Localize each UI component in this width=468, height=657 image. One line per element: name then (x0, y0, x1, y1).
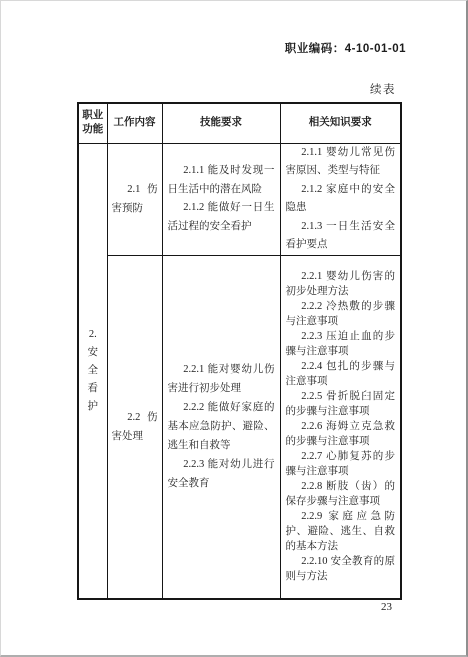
knowledge-item: 2.1.2 家庭中的安全隐患 (286, 181, 396, 218)
occupational-standard-table: 职业 功能 工作内容 技能要求 相关知识要求 2. 安 全 看 护 2.1 伤害… (77, 102, 402, 600)
knowledge-item: 2.2.4 包扎的步骤与注意事项 (286, 359, 396, 389)
cell-work-injury-treatment: 2.2 伤害处理 (107, 255, 162, 599)
cell-work-injury-prevention: 2.1 伤害预防 (107, 143, 162, 255)
header-occupational-function: 职业 功能 (78, 103, 107, 143)
occupation-code: 职业编码：4-10-01-01 (285, 40, 406, 56)
knowledge-item: 2.2.3 压迫止血的步骤与注意事项 (286, 329, 396, 359)
continued-table-label: 续表 (370, 81, 396, 97)
knowledge-item: 2.2.5 骨折脱臼固定的步骤与注意事项 (286, 389, 396, 419)
table-row-injury-treatment: 2.2 伤害处理 2.2.1 能对婴幼儿伤害进行初步处理 2.2.2 能做好家庭… (78, 255, 401, 599)
knowledge-item: 2.2.8 断肢（齿）的保存步骤与注意事项 (286, 479, 396, 509)
knowledge-item: 2.2.6 海姆立克急救的步骤与注意事项 (286, 419, 396, 449)
knowledge-item: 2.1.1 婴幼儿常见伤害原因、类型与特征 (286, 144, 396, 181)
skill-item: 2.2.3 能对幼儿进行安全教育 (168, 455, 275, 493)
skill-item: 2.2.1 能对婴幼儿伤害进行初步处理 (168, 360, 275, 398)
knowledge-item: 2.2.7 心肺复苏的步骤与注意事项 (286, 449, 396, 479)
header-skill-requirements: 技能要求 (162, 103, 280, 143)
knowledge-item: 2.1.3 一日生活安全看护要点 (286, 218, 396, 255)
header-work-content: 工作内容 (107, 103, 162, 143)
knowledge-item: 2.2.10 安全教育的原则与方法 (286, 554, 396, 584)
cell-skills-injury-treatment: 2.2.1 能对婴幼儿伤害进行初步处理 2.2.2 能做好家庭的基本应急防护、避… (162, 255, 280, 599)
cell-skills-injury-prevention: 2.1.1 能及时发现一日生活中的潜在风险 2.1.2 能做好一日生活过程的安全… (162, 143, 280, 255)
cell-knowledge-injury-treatment: 2.2.1 婴幼儿伤害的初步处理方法 2.2.2 冷热敷的步骤与注意事项 2.2… (280, 255, 401, 599)
table-row-injury-prevention: 2. 安 全 看 护 2.1 伤害预防 2.1.1 能及时发现一日生活中的潜在风… (78, 143, 401, 255)
skill-item: 2.1.2 能做好一日生活过程的安全看护 (168, 199, 275, 236)
cell-knowledge-injury-prevention: 2.1.1 婴幼儿常见伤害原因、类型与特征 2.1.2 家庭中的安全隐患 2.1… (280, 143, 401, 255)
knowledge-item: 2.2.2 冷热敷的步骤与注意事项 (286, 299, 396, 329)
table-header-row: 职业 功能 工作内容 技能要求 相关知识要求 (78, 103, 401, 143)
knowledge-item: 2.2.1 婴幼儿伤害的初步处理方法 (286, 269, 396, 299)
document-page: 职业编码：4-10-01-01 续表 职业 功能 工作内容 技能要求 相关知识要… (0, 0, 468, 657)
page-number: 23 (381, 601, 392, 613)
skill-item: 2.2.2 能做好家庭的基本应急防护、避险、逃生和自救等 (168, 398, 275, 455)
work-label: 2.1 伤害预防 (112, 180, 158, 218)
header-knowledge-requirements: 相关知识要求 (280, 103, 401, 143)
work-label: 2.2 伤害处理 (112, 408, 158, 446)
skill-item: 2.1.1 能及时发现一日生活中的潜在风险 (168, 162, 275, 199)
cell-function-safety-care: 2. 安 全 看 护 (78, 143, 107, 599)
knowledge-item: 2.2.9 家庭应急防护、避险、逃生、自救的基本方法 (286, 509, 396, 554)
